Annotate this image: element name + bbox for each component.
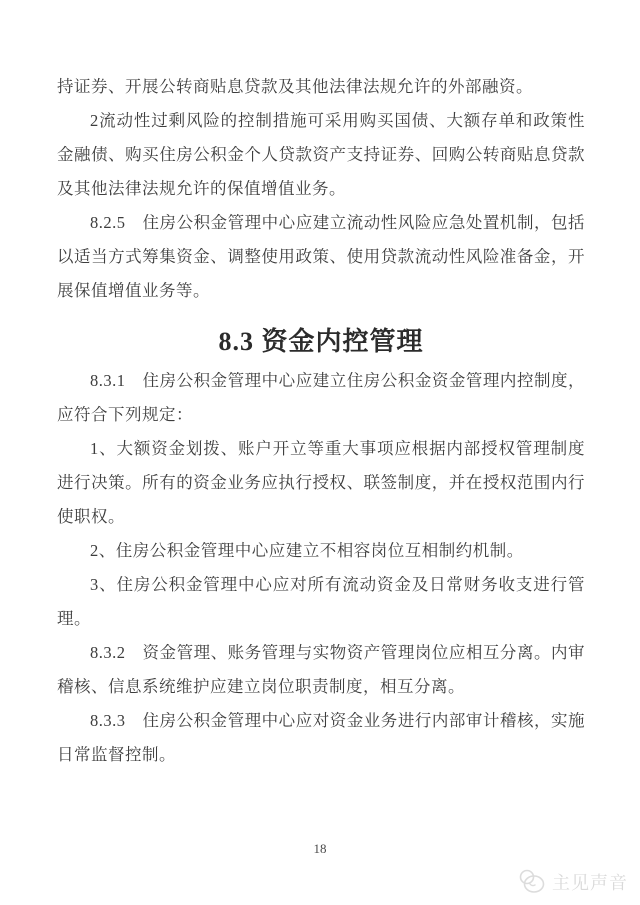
- document-content: 持证券、开展公转商贴息贷款及其他法律法规允许的外部融资。 2流动性过剩风险的控制…: [57, 70, 585, 772]
- watermark-text: 主见声音: [552, 869, 628, 895]
- paragraph-clause-8-2-5: 8.2.5 住房公积金管理中心应建立流动性风险应急处置机制，包括以适当方式筹集资…: [57, 206, 585, 308]
- paragraph-rule-2: 2、住房公积金管理中心应建立不相容岗位互相制约机制。: [57, 534, 585, 568]
- document-page: 持证券、开展公转商贴息贷款及其他法律法规允许的外部融资。 2流动性过剩风险的控制…: [0, 0, 640, 905]
- paragraph-clause-8-3-1: 8.3.1 住房公积金管理中心应建立住房公积金资金管理内控制度，应符合下列规定：: [57, 364, 585, 432]
- page-number: 18: [0, 841, 640, 857]
- paragraph-continuation: 持证券、开展公转商贴息贷款及其他法律法规允许的外部融资。: [57, 70, 585, 104]
- paragraph-rule-1: 1、大额资金划拨、账户开立等重大事项应根据内部授权管理制度进行决策。所有的资金业…: [57, 432, 585, 534]
- watermark: 主见声音: [517, 869, 628, 895]
- section-heading-8-3: 8.3 资金内控管理: [57, 322, 585, 362]
- paragraph-liquidity-surplus: 2流动性过剩风险的控制措施可采用购买国债、大额存单和政策性金融债、购买住房公积金…: [57, 104, 585, 206]
- watermark-logo-icon: [517, 869, 547, 895]
- paragraph-rule-3: 3、住房公积金管理中心应对所有流动资金及日常财务收支进行管理。: [57, 568, 585, 636]
- paragraph-clause-8-3-3: 8.3.3 住房公积金管理中心应对资金业务进行内部审计稽核，实施日常监督控制。: [57, 704, 585, 772]
- paragraph-clause-8-3-2: 8.3.2 资金管理、账务管理与实物资产管理岗位应相互分离。内审稽核、信息系统维…: [57, 636, 585, 704]
